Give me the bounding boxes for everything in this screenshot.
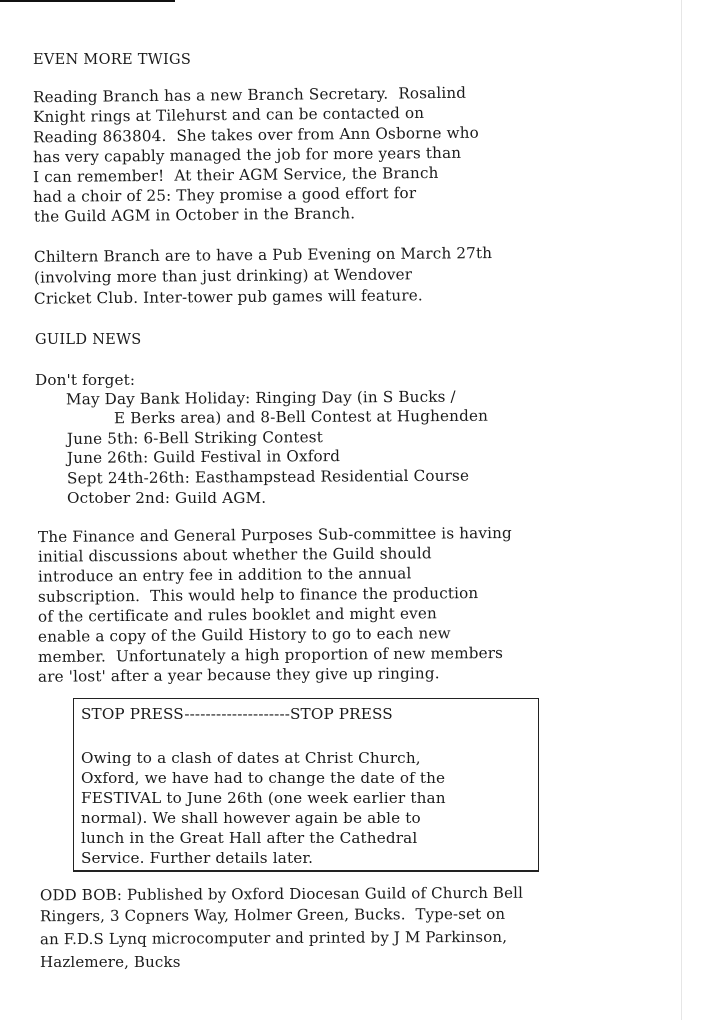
text-line: (involving more than just drinking) at W… bbox=[34, 264, 412, 287]
text-line: the Guild AGM in October in the Branch. bbox=[34, 203, 355, 226]
text-line: introduce an entry fee in addition to th… bbox=[38, 563, 412, 586]
imprint-line: an F.D.S Lynq microcomputer and printed … bbox=[40, 927, 507, 949]
text-line: lunch in the Great Hall after the Cathed… bbox=[81, 828, 417, 848]
text-line: normal). We shall however again be able … bbox=[81, 808, 421, 828]
event-item: June 26th: Guild Festival in Oxford bbox=[67, 446, 340, 468]
text-line: are 'lost' after a year because they giv… bbox=[38, 663, 440, 687]
section-heading-even-more-twigs: EVEN MORE TWIGS bbox=[33, 50, 191, 70]
text-line: Owing to a clash of dates at Christ Chur… bbox=[81, 748, 421, 768]
event-item: October 2nd: Guild AGM. bbox=[67, 488, 266, 508]
text-line: Service. Further details later. bbox=[81, 848, 313, 868]
text-line: had a choir of 25: They promise a good e… bbox=[33, 183, 416, 207]
event-item-continuation: E Berks area) and 8-Bell Contest at Hugh… bbox=[114, 406, 488, 429]
event-item: Sept 24th-26th: Easthampstead Residentia… bbox=[67, 466, 469, 489]
imprint-line: Ringers, 3 Copners Way, Holmer Green, Bu… bbox=[40, 904, 505, 926]
dont-forget-label: Don't forget: bbox=[35, 370, 135, 390]
page-edge bbox=[681, 0, 682, 1020]
text-line: Oxford, we have had to change the date o… bbox=[81, 768, 445, 788]
stop-press-title: STOP PRESS--------------------STOP PRESS bbox=[81, 704, 393, 724]
text-line: Chiltern Branch are to have a Pub Evenin… bbox=[34, 243, 492, 267]
section-heading-guild-news: GUILD NEWS bbox=[35, 330, 142, 350]
text-line: FESTIVAL to June 26th (one week earlier … bbox=[81, 788, 446, 808]
top-rule bbox=[0, 0, 175, 2]
imprint-line: ODD BOB: Published by Oxford Diocesan Gu… bbox=[40, 883, 523, 906]
text-line: Cricket Club. Inter-tower pub games will… bbox=[34, 285, 423, 308]
text-line: The Finance and General Purposes Sub-com… bbox=[38, 523, 512, 547]
imprint-line: Hazlemere, Bucks bbox=[40, 952, 181, 972]
